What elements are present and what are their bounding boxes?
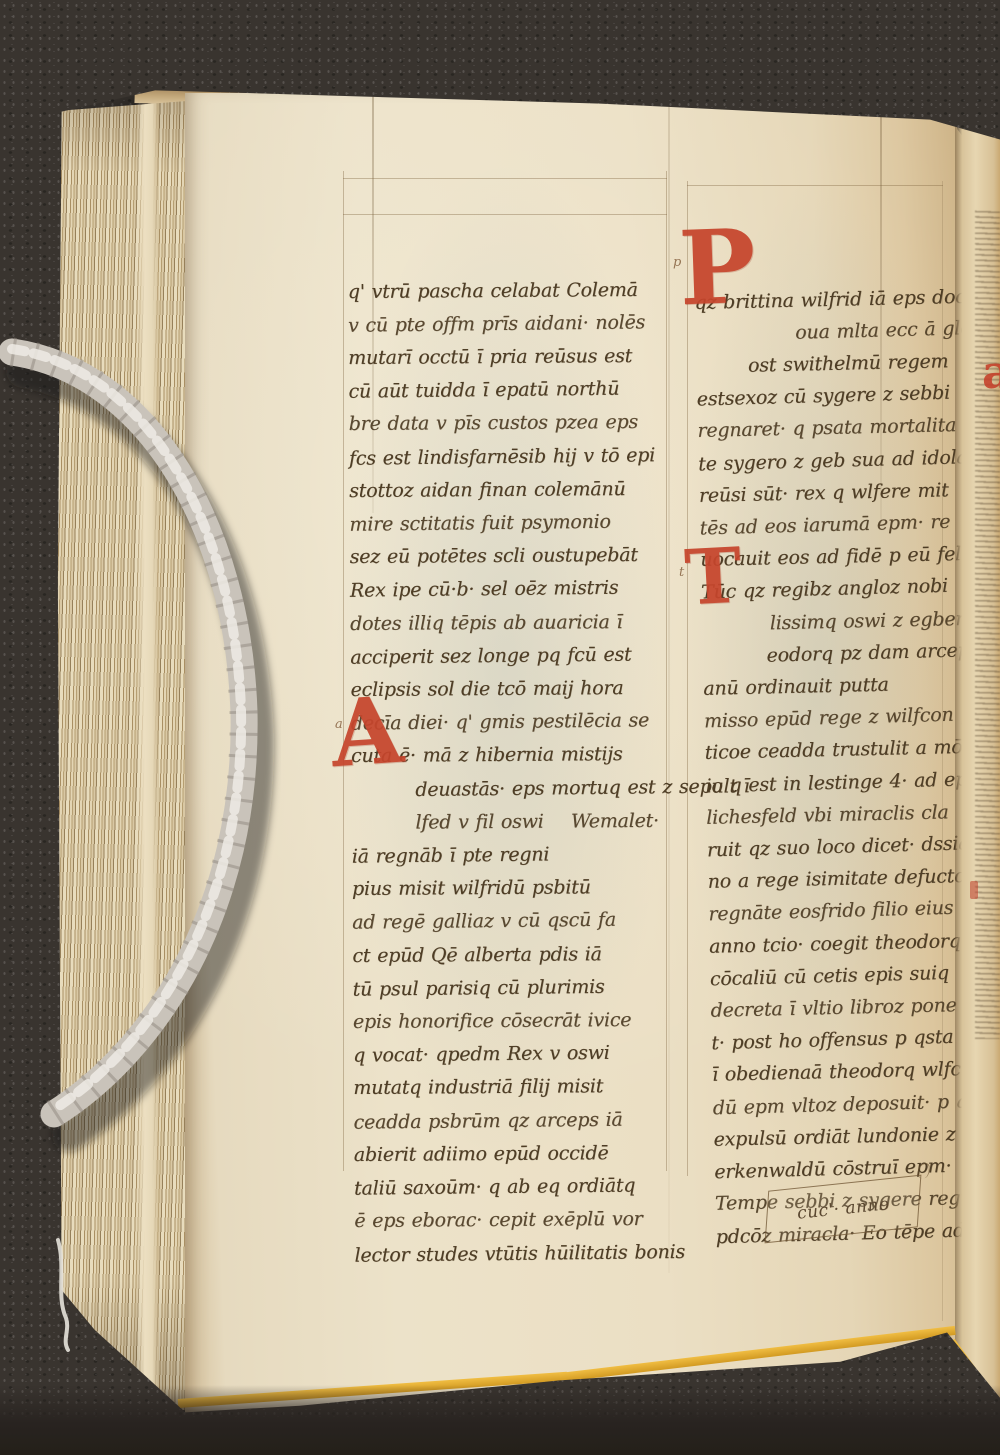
manuscript-line: mutarī occtū ī pria reūsus est [348,340,670,375]
manuscript-line: pius misit wilfridū psbitū [352,871,674,906]
manuscript-line: fcs est lindisfarnēsib hij v tō epi [349,439,671,476]
manuscript-line: mire sctitatis fuit psymonio [349,505,671,542]
ruled-line [343,171,344,1171]
manuscript-line: acciperit sez longe pq fcū est [350,638,672,675]
manuscript-line: dū epm vltoz deposuit· p q [712,1085,967,1124]
manuscript-line: ct epūd Qē alberta pdis iā [352,937,674,972]
manuscript-line: taliū saxoūm· q ab eq ordiātq [354,1169,676,1206]
manuscript-line: mutatq industriā filij misit [353,1070,675,1105]
manuscript-line: ad regē galliaz v cū qscū fa [352,904,674,941]
manuscript-line: lector studes vtūtis hūilitatis bonis [354,1236,676,1273]
manuscript-line: cū aūt tuidda ī epatū northū [348,372,670,409]
next-folio-red-initial: a [982,345,1000,399]
manuscript-line: tū psul parisiq cū plurimis [352,970,674,1007]
next-folio-fore-edge: a [955,99,1000,1415]
left-page: q' vtrū pascha celabat Colemāv cū pte of… [185,93,975,1413]
rubric-initial-p: P [678,224,758,313]
manuscript-line: abierit adiimo epūd occidē [354,1137,676,1172]
guide-letter-t: t [679,565,684,580]
photo-backdrop: q' vtrū pascha celabat Colemāv cū pte of… [0,0,1000,1455]
manuscript-line: bre data v pīs custos pzea eps [349,406,671,441]
manuscript-line: ē eps eborac· cepit exēplū vor [354,1203,676,1238]
ruled-line [687,181,688,1176]
next-folio-rubric-mark [970,881,978,899]
manuscript-line: sez eū potētes scli oustupebāt [350,539,672,574]
manuscript-line: q vocat· qpedm Rex v oswi [353,1036,675,1073]
manuscript-line: epis honorifice cōsecrāt ivice [353,1004,675,1039]
manuscript-line: eodorq pz dam arcepm [702,634,957,673]
manuscript-line: stottoz aidan finan colemānū [349,473,671,508]
manuscript-line: Rex ipe cū·b· sel oēz mistris [350,571,672,608]
text-column-right: qz brittina wilfrid iā eps doctinaoua ml… [692,184,970,1252]
manuscript-line: iā regnāb ī pte regni [352,837,674,874]
manuscript-line: lfed v fil oswi Wemalet· [351,805,673,840]
catchword-text: cuc'· anno [796,1194,890,1224]
table-surface [0,1385,1000,1455]
manuscript-line: ceadda psbrūm qz arceps iā [353,1103,675,1140]
rubric-initial-a: A [328,691,405,774]
top-leaf-edge [137,91,159,1413]
guide-letter-p: p [673,255,681,270]
next-folio-script [975,209,1000,1039]
rubric-initial-t: T [683,544,743,611]
manuscript-line: te sygero z geb sua ad idola [698,441,953,480]
manuscript-line: v cū pte offm prīs aidani· nolēs [348,306,670,343]
manuscript-line: dotes illiq tēpis ab auaricia ī [350,605,672,640]
guide-letter-a: a [335,717,343,732]
manuscript-line: q' vtrū pascha celabat Colemā [348,273,670,308]
manuscript-book: q' vtrū pascha celabat Colemāv cū pte of… [55,85,1000,1415]
